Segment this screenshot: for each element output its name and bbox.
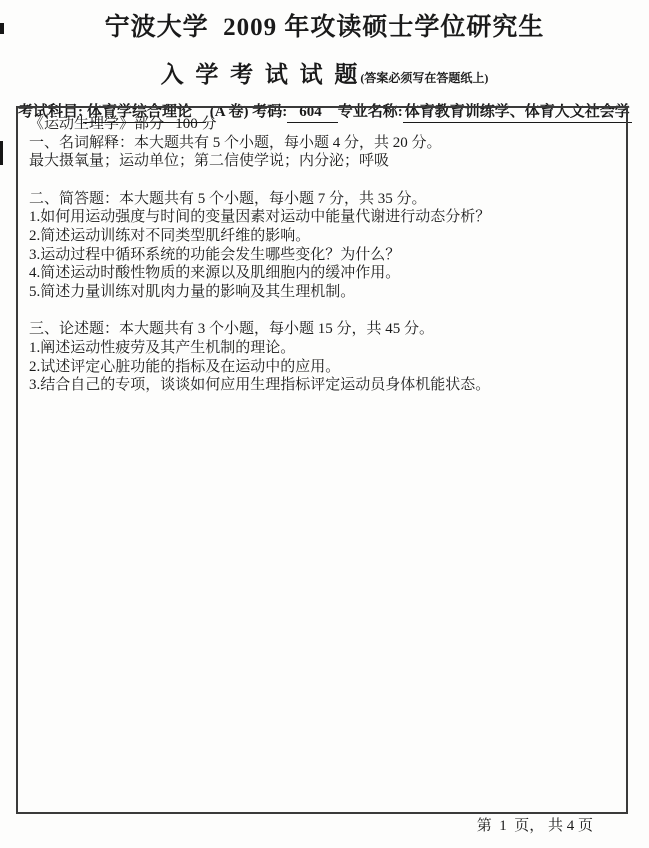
question-item: 2.简述运动训练对不同类型肌纤维的影响。 — [29, 227, 615, 246]
section-short-answer: 二、简答题：本大题共有 5 个小题，每小题 7 分，共 35 分。 1.如何用运… — [29, 190, 615, 302]
section-terms: 一、名词解释：本大题共有 5 个小题，每小题 4 分，共 20 分。 最大摄氧量… — [29, 134, 615, 171]
page-number-footer: 第 1 页， 共 4 页 — [477, 814, 593, 835]
question-item: 2.试述评定心脏功能的指标及在运动中的应用。 — [29, 358, 615, 377]
part-title: 《运动生理学》部分 100 分 — [29, 115, 615, 134]
question-item: 1.如何用运动强度与时间的变量因素对运动中能量代谢进行动态分析？ — [29, 208, 615, 227]
section-terms-item: 最大摄氧量；运动单位；第二信使学说；内分泌；呼吸 — [29, 152, 615, 171]
question-box: 《运动生理学》部分 100 分 一、名词解释：本大题共有 5 个小题，每小题 4… — [16, 106, 628, 814]
exam-title: 入 学 考 试 试 题(答案必须写在答题纸上) — [0, 56, 649, 89]
section-short-answer-heading: 二、简答题：本大题共有 5 个小题，每小题 7 分，共 35 分。 — [29, 190, 615, 209]
university-title: 宁波大学 2009 年攻读硕士学位研究生 — [0, 0, 649, 43]
section-essay-heading: 三、论述题：本大题共有 3 个小题，每小题 15 分，共 45 分。 — [29, 320, 615, 339]
scan-artifact — [0, 23, 4, 34]
question-item: 3.运动过程中循环系统的功能会发生哪些变化？为什么？ — [29, 246, 615, 265]
section-essay: 三、论述题：本大题共有 3 个小题，每小题 15 分，共 45 分。 1.阐述运… — [29, 320, 615, 394]
question-item: 5.简述力量训练对肌肉力量的影响及其生理机制。 — [29, 283, 615, 302]
scan-artifact — [0, 141, 3, 165]
answer-instruction-note: (答案必须写在答题纸上) — [360, 71, 488, 85]
question-item: 3.结合自己的专项，谈谈如何应用生理指标评定运动员身体机能状态。 — [29, 376, 615, 395]
exam-paper-page: 宁波大学 2009 年攻读硕士学位研究生 入 学 考 试 试 题(答案必须写在答… — [0, 0, 649, 848]
section-terms-heading: 一、名词解释：本大题共有 5 个小题，每小题 4 分，共 20 分。 — [29, 134, 615, 153]
question-item: 4.简述运动时酸性物质的来源以及肌细胞内的缓冲作用。 — [29, 264, 615, 283]
question-item: 1.阐述运动性疲劳及其产生机制的理论。 — [29, 339, 615, 358]
exam-title-main: 入 学 考 试 试 题 — [161, 62, 361, 87]
